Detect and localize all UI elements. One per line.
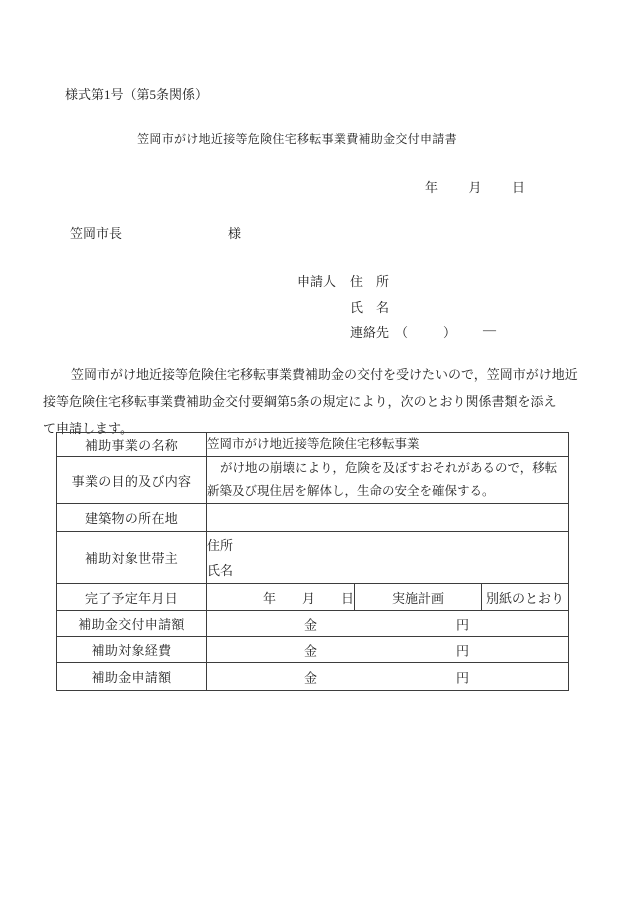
project-name-value: 笠岡市がけ地近接等危険住宅移転事業 [207, 437, 420, 451]
application-table: 補助事業の名称 笠岡市がけ地近接等危険住宅移転事業 事業の目的及び内容 がけ地の… [56, 432, 569, 691]
addressee-name: 笠岡市長 [70, 223, 122, 242]
table-row-completion-date: 完了予定年月日 年 月 日 実施計画 別紙のとおり [57, 584, 569, 611]
yen-prefix: 金 [304, 667, 317, 686]
subsidy-request-label-cell: 補助金申請額 [57, 663, 207, 691]
yen-prefix: 金 [304, 640, 317, 659]
householder-value-cell: 住所 氏名 [207, 532, 569, 584]
location-label-cell: 建築物の所在地 [57, 504, 207, 532]
applicant-name-label: 氏 名 [350, 297, 389, 316]
form-number: 様式第1号（第5条関係） [65, 84, 208, 103]
contact-phone-dash: ― [483, 322, 496, 338]
purpose-text-line: がけ地の崩壊により，危険を及ぼすおそれがあるので，移転 [207, 457, 568, 480]
yen-suffix: 円 [456, 667, 469, 686]
implementation-plan-value-cell: 別紙のとおり [482, 584, 569, 611]
yen-suffix: 円 [456, 614, 469, 633]
householder-address-line: 住所 [207, 533, 568, 558]
paragraph-line: 接等危険住宅移転事業費補助金交付要綱第5条の規定により，次のとおり関係書類を添え [43, 388, 569, 415]
eligible-expense-amount-cell: 金 円 [207, 637, 569, 663]
paragraph-line: 笠岡市がけ地近接等危険住宅移転事業費補助金の交付を受けたいので，笠岡市がけ地近 [43, 361, 569, 388]
purpose-label-cell: 事業の目的及び内容 [57, 457, 207, 504]
subsidy-request-amount-cell: 金 円 [207, 663, 569, 691]
header-date-line: 年 月 日 [425, 177, 527, 196]
grant-request-label-cell: 補助金交付申請額 [57, 611, 207, 637]
householder-name-line: 氏名 [207, 558, 568, 583]
document-title: 笠岡市がけ地近接等危険住宅移転事業費補助金交付申請書 [43, 130, 551, 147]
applicant-contact-label: 連絡先 [350, 322, 389, 341]
applicant-label: 申請人 [297, 271, 336, 290]
purpose-value-cell: がけ地の崩壊により，危険を及ぼすおそれがあるので，移転 新築及び現住居を解体し，… [207, 457, 569, 504]
table-row-eligible-expense: 補助対象経費 金 円 [57, 637, 569, 663]
table-row-purpose: 事業の目的及び内容 がけ地の崩壊により，危険を及ぼすおそれがあるので，移転 新築… [57, 457, 569, 504]
yen-prefix: 金 [304, 614, 317, 633]
table-row-project-name: 補助事業の名称 笠岡市がけ地近接等危険住宅移転事業 [57, 433, 569, 457]
grant-request-amount-cell: 金 円 [207, 611, 569, 637]
document-page: 様式第1号（第5条関係） 笠岡市がけ地近接等危険住宅移転事業費補助金交付申請書 … [0, 0, 630, 903]
implementation-plan-label-cell: 実施計画 [355, 584, 482, 611]
table-row-building-location: 建築物の所在地 [57, 504, 569, 532]
householder-label-cell: 補助対象世帯主 [57, 532, 207, 584]
eligible-expense-label-cell: 補助対象経費 [57, 637, 207, 663]
addressee-honorific: 様 [228, 223, 241, 242]
table-row-grant-request-amount: 補助金交付申請額 金 円 [57, 611, 569, 637]
table-row-subsidy-request-amount: 補助金申請額 金 円 [57, 663, 569, 691]
location-value-cell [207, 504, 569, 532]
contact-paren-close: ） [443, 322, 456, 341]
completion-date-cell: 年 月 日 [207, 584, 355, 611]
applicant-address-label: 住 所 [350, 271, 389, 290]
purpose-text-line: 新築及び現住居を解体し，生命の安全を確保する。 [207, 480, 568, 503]
table-row-householder: 補助対象世帯主 住所 氏名 [57, 532, 569, 584]
project-name-value-cell: 笠岡市がけ地近接等危険住宅移転事業 [207, 433, 569, 457]
yen-suffix: 円 [456, 640, 469, 659]
project-name-label-cell: 補助事業の名称 [57, 433, 207, 457]
request-paragraph: 笠岡市がけ地近接等危険住宅移転事業費補助金の交付を受けたいので，笠岡市がけ地近 … [43, 361, 569, 442]
contact-paren-open: （ [395, 322, 408, 341]
completion-label-cell: 完了予定年月日 [57, 584, 207, 611]
